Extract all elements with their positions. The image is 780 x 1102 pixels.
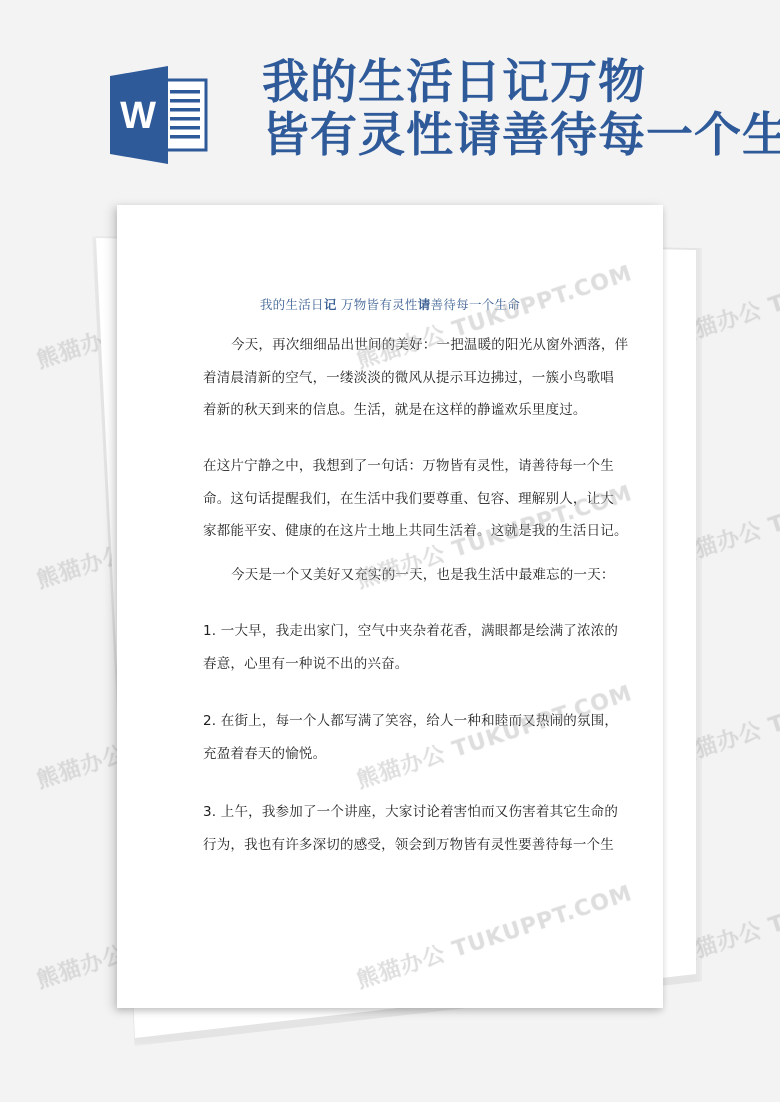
- title-part: 善待每一个生命: [431, 297, 521, 312]
- list-item-2: 2. 在街上，每一个人都写满了笑容，给人一种和睦而又热闹的氛围， 充盈着春天的愉…: [203, 705, 623, 770]
- header-title: 我的生活日记万物 皆有灵性请善待每一个生: [262, 56, 780, 162]
- text-line: 着清晨清新的空气，一缕淡淡的微风从提示耳边拂过，一簇小鸟歌唱: [203, 362, 623, 395]
- title-part: 我的生活日: [260, 297, 324, 312]
- text-line: 着新的秋天到来的信息。生活，就是在这样的静谧欢乐里度过。: [203, 394, 623, 427]
- svg-text:W: W: [120, 95, 156, 137]
- header-title-line-1: 我的生活日记万物: [262, 56, 780, 109]
- word-icon: W: [110, 66, 210, 164]
- paragraph-1: 今天，再次细细品出世间的美好：一把温暖的阳光从窗外洒落，伴 着清晨清新的空气，一…: [203, 329, 623, 427]
- text-line: 充盈着春天的愉悦。: [203, 738, 623, 771]
- title-part: 请: [418, 297, 431, 312]
- text-line: 今天，再次细细品出世间的美好：一把温暖的阳光从窗外洒落，伴: [203, 329, 623, 362]
- text-line: 2. 在街上，每一个人都写满了笑容，给人一种和睦而又热闹的氛围，: [203, 705, 623, 738]
- title-part: 万物皆有灵性: [337, 297, 418, 312]
- header-title-line-2: 皆有灵性请善待每一个生: [262, 109, 780, 162]
- text-line: 命。这句话提醒我们，在生活中我们要尊重、包容、理解别人，让大: [203, 483, 623, 516]
- list-item-1: 1. 一大早，我走出家门，空气中夹杂着花香，满眼都是绘满了浓浓的 春意，心里有一…: [203, 615, 623, 680]
- list-item-3: 3. 上午，我参加了一个讲座，大家讨论着害怕而又伤害着其它生命的 行为，我也有许…: [203, 796, 623, 861]
- text-line: 今天是一个又美好又充实的一天，也是我生活中最难忘的一天：: [203, 559, 623, 592]
- document-title: 我的生活日记 万物皆有灵性请善待每一个生命: [117, 295, 663, 313]
- text-line: 1. 一大早，我走出家门，空气中夹杂着花香，满眼都是绘满了浓浓的: [203, 615, 623, 648]
- document-page: 我的生活日记 万物皆有灵性请善待每一个生命 今天，再次细细品出世间的美好：一把温…: [117, 205, 663, 1008]
- paragraph-2: 在这片宁静之中，我想到了一句话：万物皆有灵性，请善待每一个生 命。这句话提醒我们…: [203, 450, 623, 548]
- header-banner: W 我的生活日记万物 皆有灵性请善待每一个生: [0, 0, 780, 190]
- text-line: 3. 上午，我参加了一个讲座，大家讨论着害怕而又伤害着其它生命的: [203, 796, 623, 829]
- text-line: 家都能平安、健康的在这片土地上共同生活着。这就是我的生活日记。: [203, 515, 623, 548]
- title-part: 记: [324, 297, 337, 312]
- paragraph-3: 今天是一个又美好又充实的一天，也是我生活中最难忘的一天：: [203, 559, 623, 592]
- text-line: 春意，心里有一种说不出的兴奋。: [203, 648, 623, 681]
- text-line: 行为，我也有许多深切的感受，领会到万物皆有灵性要善待每一个生: [203, 829, 623, 862]
- text-line: 在这片宁静之中，我想到了一句话：万物皆有灵性，请善待每一个生: [203, 450, 623, 483]
